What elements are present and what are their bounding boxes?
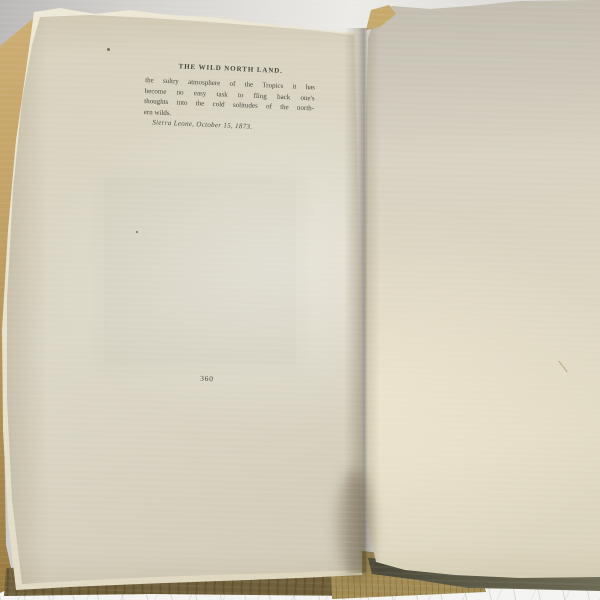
show-through-impression xyxy=(104,178,296,364)
page-number: 360 xyxy=(192,373,222,383)
printed-text-block: THE WILD NORTH LAND. the sultry atmosphe… xyxy=(143,61,316,134)
photo-open-book: THE WILD NORTH LAND. the sultry atmosphe… xyxy=(0,0,600,600)
foxing-speck xyxy=(136,231,138,233)
gutter-bottom-shadow xyxy=(338,470,372,580)
foxing-speck xyxy=(107,48,110,51)
